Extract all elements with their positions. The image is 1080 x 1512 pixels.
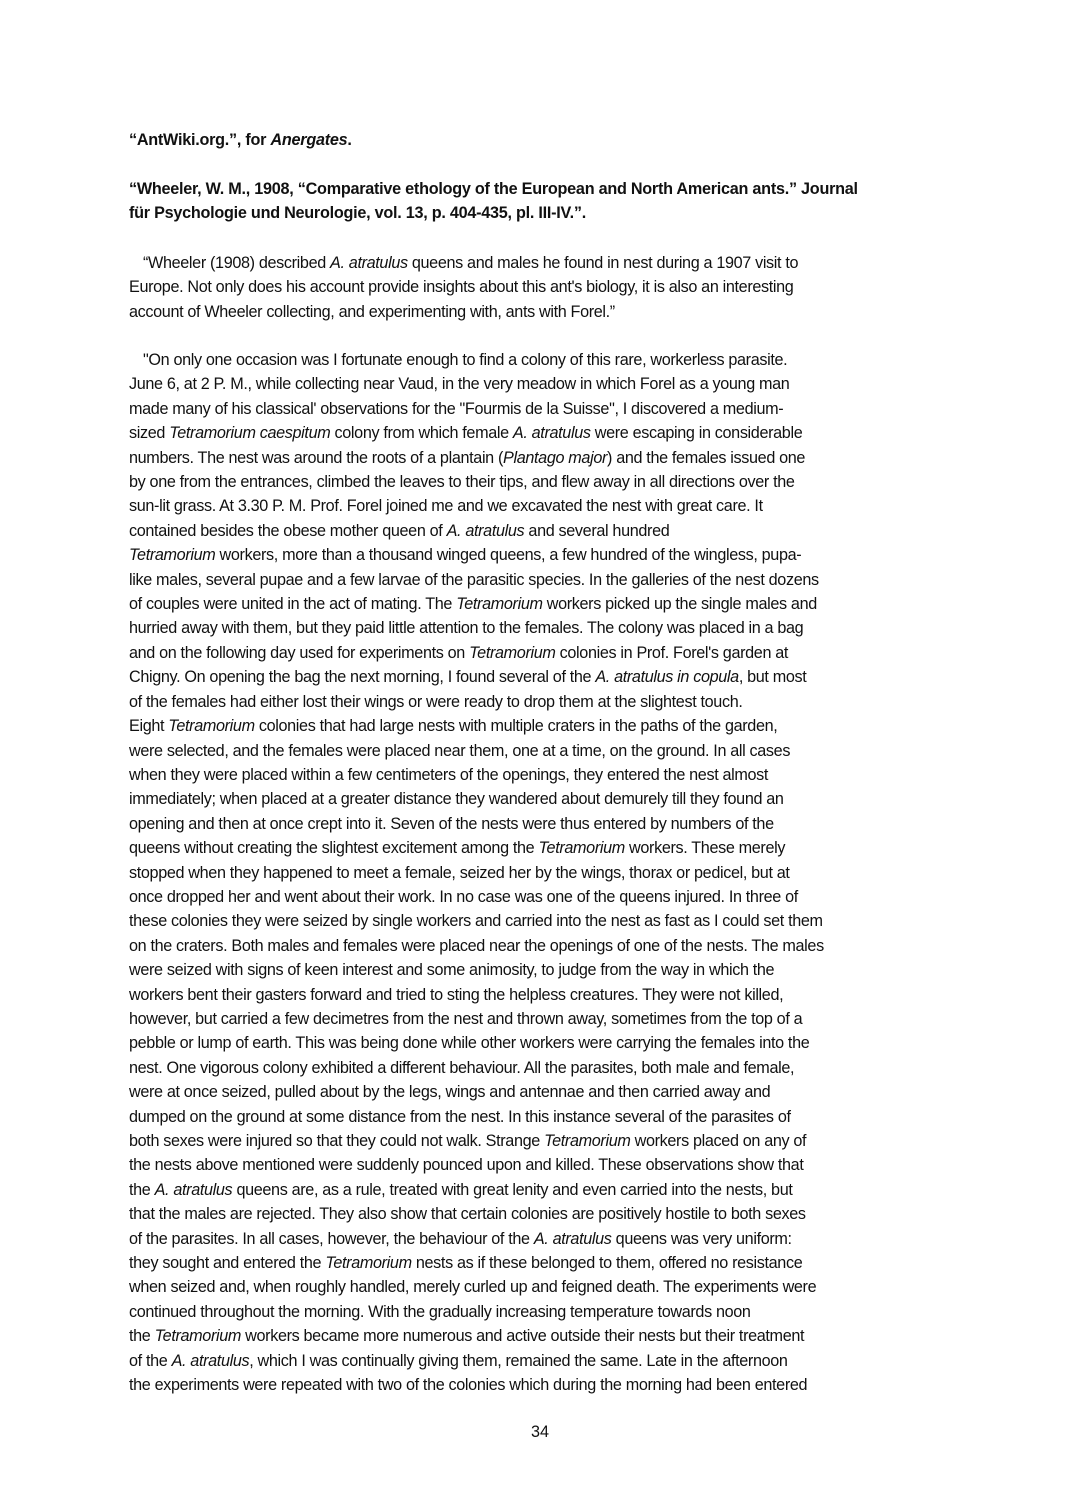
text-run: sun-lit grass. At 3.30 P. M. Prof. Forel… [129,497,763,515]
italic-text: A. atratulus [330,254,408,272]
text-line: the experiments were repeated with two o… [129,1373,955,1397]
text-run: that the males are rejected. They also s… [129,1205,806,1223]
text-run: they sought and entered the [129,1254,325,1272]
text-run: colonies that had large nests with multi… [255,717,778,735]
text-line: sun-lit grass. At 3.30 P. M. Prof. Forel… [129,494,955,518]
text-run: "On only one occasion was I fortunate en… [143,351,787,369]
text-line: however, but carried a few decimetres fr… [129,1007,955,1031]
text-line: on the craters. Both males and females w… [129,934,955,958]
text-line: Europe. Not only does his account provid… [129,275,955,299]
text-line: these colonies they were seized by singl… [129,909,955,933]
text-line: were selected, and the females were plac… [129,739,955,763]
text-run: immediately; when placed at a greater di… [129,790,784,808]
text-line: that the males are rejected. They also s… [129,1202,955,1226]
text-run: of the parasites. In all cases, however,… [129,1230,534,1248]
italic-text: Plantago major [503,449,607,467]
text-run: June 6, at 2 P. M., while collecting nea… [129,375,789,393]
text-run: on the craters. Both males and females w… [129,937,824,955]
text-run: pebble or lump of earth. This was being … [129,1034,809,1052]
text-line: opening and then at once crept into it. … [129,812,955,836]
text-run: of the females had either lost their win… [129,693,743,711]
italic-text: A. atratulus [534,1230,612,1248]
text-run: “Wheeler (1908) described [143,254,330,272]
text-run: by one from the entrances, climbed the l… [129,473,795,491]
text-run: workers placed on any of [630,1132,806,1150]
italic-text: A. atratulus [155,1181,233,1199]
italic-text: Tetramorium [469,644,555,662]
italic-text: A. atratulus in copula [595,668,738,686]
text-run: and several hundred [524,522,669,540]
text-run: . [347,131,351,149]
reference-antwiki: “AntWiki.org.”, for Anergates. [129,128,955,152]
text-run: “Wheeler, W. M., 1908, “Comparative etho… [129,180,858,198]
text-line: hurried away with them, but they paid li… [129,616,955,640]
text-line: once dropped her and went about their wo… [129,885,955,909]
text-run: colonies in Prof. Forel's garden at [556,644,789,662]
wheeler-quote-paragraph: "On only one occasion was I fortunate en… [129,348,955,1397]
text-line: by one from the entrances, climbed the l… [129,470,955,494]
text-line: the Tetramorium workers became more nume… [129,1324,955,1348]
text-line: sized Tetramorium caespitum colony from … [129,421,955,445]
text-line: Tetramorium workers, more than a thousan… [129,543,955,567]
text-line: queens without creating the slightest ex… [129,836,955,860]
text-line: were at once seized, pulled about by the… [129,1080,955,1104]
text-run: contained besides the obese mother queen… [129,522,447,540]
text-run: hurried away with them, but they paid li… [129,619,803,637]
text-run: queens without creating the slightest ex… [129,839,538,857]
text-run: für Psychologie und Neurologie, vol. 13,… [129,204,586,222]
text-line: “AntWiki.org.”, for Anergates. [129,128,955,152]
text-run: sized [129,424,169,442]
text-run: Chigny. On opening the bag the next morn… [129,668,595,686]
text-line: nest. One vigorous colony exhibited a di… [129,1056,955,1080]
text-run: nest. One vigorous colony exhibited a di… [129,1059,794,1077]
text-line: of the A. atratulus, which I was continu… [129,1349,955,1373]
text-run: were escaping in considerable [591,424,803,442]
text-run: made many of his classical' observations… [129,400,783,418]
text-run: however, but carried a few decimetres fr… [129,1010,802,1028]
text-run: when seized and, when roughly handled, m… [129,1278,816,1296]
text-line: Eight Tetramorium colonies that had larg… [129,714,955,738]
text-run: ) and the females issued one [607,449,805,467]
text-run: stopped when they happened to meet a fem… [129,864,790,882]
italic-text: Tetramorium [129,546,215,564]
text-line: and on the following day used for experi… [129,641,955,665]
italic-text: A. atratulus [513,424,591,442]
text-run: were selected, and the females were plac… [129,742,790,760]
text-run: these colonies they were seized by singl… [129,912,823,930]
text-run: nests as if these belonged to them, offe… [412,1254,803,1272]
text-run: “AntWiki.org.”, for [129,131,270,149]
text-line: made many of his classical' observations… [129,397,955,421]
text-line: workers bent their gasters forward and t… [129,983,955,1007]
italic-text: Tetramorium [168,717,254,735]
intro-paragraph: “Wheeler (1908) described A. atratulus q… [129,251,955,324]
text-run: both sexes were injured so that they cou… [129,1132,544,1150]
text-run: Eight [129,717,168,735]
text-run: of couples were united in the act of mat… [129,595,456,613]
italic-text: Tetramorium [155,1327,241,1345]
text-line: they sought and entered the Tetramorium … [129,1251,955,1275]
text-line: when they were placed within a few centi… [129,763,955,787]
text-line: when seized and, when roughly handled, m… [129,1275,955,1299]
text-run: and on the following day used for experi… [129,644,469,662]
italic-text: Tetramorium [544,1132,630,1150]
italic-text: Tetramorium caespitum [169,424,330,442]
text-run: the nests above mentioned were suddenly … [129,1156,803,1174]
text-run: , which I was continually giving them, r… [249,1352,787,1370]
text-run: workers picked up the single males and [543,595,817,613]
italic-text: A. atratulus [447,522,525,540]
text-line: account of Wheeler collecting, and exper… [129,300,955,324]
text-run: Europe. Not only does his account provid… [129,278,793,296]
text-run: like males, several pupae and a few larv… [129,571,819,589]
italic-text: Tetramorium [325,1254,411,1272]
page-number: 34 [0,1420,1080,1444]
text-line: contained besides the obese mother queen… [129,519,955,543]
text-run: workers bent their gasters forward and t… [129,986,783,1004]
text-line: stopped when they happened to meet a fem… [129,861,955,885]
reference-wheeler-1908: “Wheeler, W. M., 1908, “Comparative etho… [129,177,955,226]
text-line: both sexes were injured so that they cou… [129,1129,955,1153]
text-run: colony from which female [330,424,513,442]
text-run: continued throughout the morning. With t… [129,1303,751,1321]
italic-text: Anergates [270,131,347,149]
text-run: when they were placed within a few centi… [129,766,768,784]
text-run: queens was very uniform: [612,1230,792,1248]
text-run: were at once seized, pulled about by the… [129,1083,770,1101]
text-line: like males, several pupae and a few larv… [129,568,955,592]
text-run: the experiments were repeated with two o… [129,1376,807,1394]
text-line: für Psychologie und Neurologie, vol. 13,… [129,201,955,225]
text-run: queens are, as a rule, treated with grea… [232,1181,792,1199]
text-run: , but most [739,668,807,686]
text-line: immediately; when placed at a greater di… [129,787,955,811]
text-run: workers, more than a thousand winged que… [215,546,801,564]
text-line: of the females had either lost their win… [129,690,955,714]
text-line: of the parasites. In all cases, however,… [129,1227,955,1251]
text-line: June 6, at 2 P. M., while collecting nea… [129,372,955,396]
text-line: were seized with signs of keen interest … [129,958,955,982]
text-run: dumped on the ground at some distance fr… [129,1108,791,1126]
text-line: pebble or lump of earth. This was being … [129,1031,955,1055]
text-run: once dropped her and went about their wo… [129,888,798,906]
text-line: “Wheeler (1908) described A. atratulus q… [129,251,955,275]
text-run: workers became more numerous and active … [241,1327,804,1345]
text-line: continued throughout the morning. With t… [129,1300,955,1324]
text-run: workers. These merely [625,839,785,857]
text-run: numbers. The nest was around the roots o… [129,449,503,467]
text-run: of the [129,1352,172,1370]
text-line: dumped on the ground at some distance fr… [129,1105,955,1129]
italic-text: A. atratulus [172,1352,250,1370]
text-line: “Wheeler, W. M., 1908, “Comparative etho… [129,177,955,201]
italic-text: Tetramorium [538,839,624,857]
text-line: Chigny. On opening the bag the next morn… [129,665,955,689]
text-line: "On only one occasion was I fortunate en… [129,348,955,372]
text-run: opening and then at once crept into it. … [129,815,774,833]
text-line: the nests above mentioned were suddenly … [129,1153,955,1177]
text-run: account of Wheeler collecting, and exper… [129,303,615,321]
text-run: queens and males he found in nest during… [408,254,798,272]
text-line: numbers. The nest was around the roots o… [129,446,955,470]
text-run: were seized with signs of keen interest … [129,961,774,979]
text-line: the A. atratulus queens are, as a rule, … [129,1178,955,1202]
italic-text: Tetramorium [456,595,542,613]
text-line: of couples were united in the act of mat… [129,592,955,616]
text-run: the [129,1181,155,1199]
text-run: the [129,1327,155,1345]
